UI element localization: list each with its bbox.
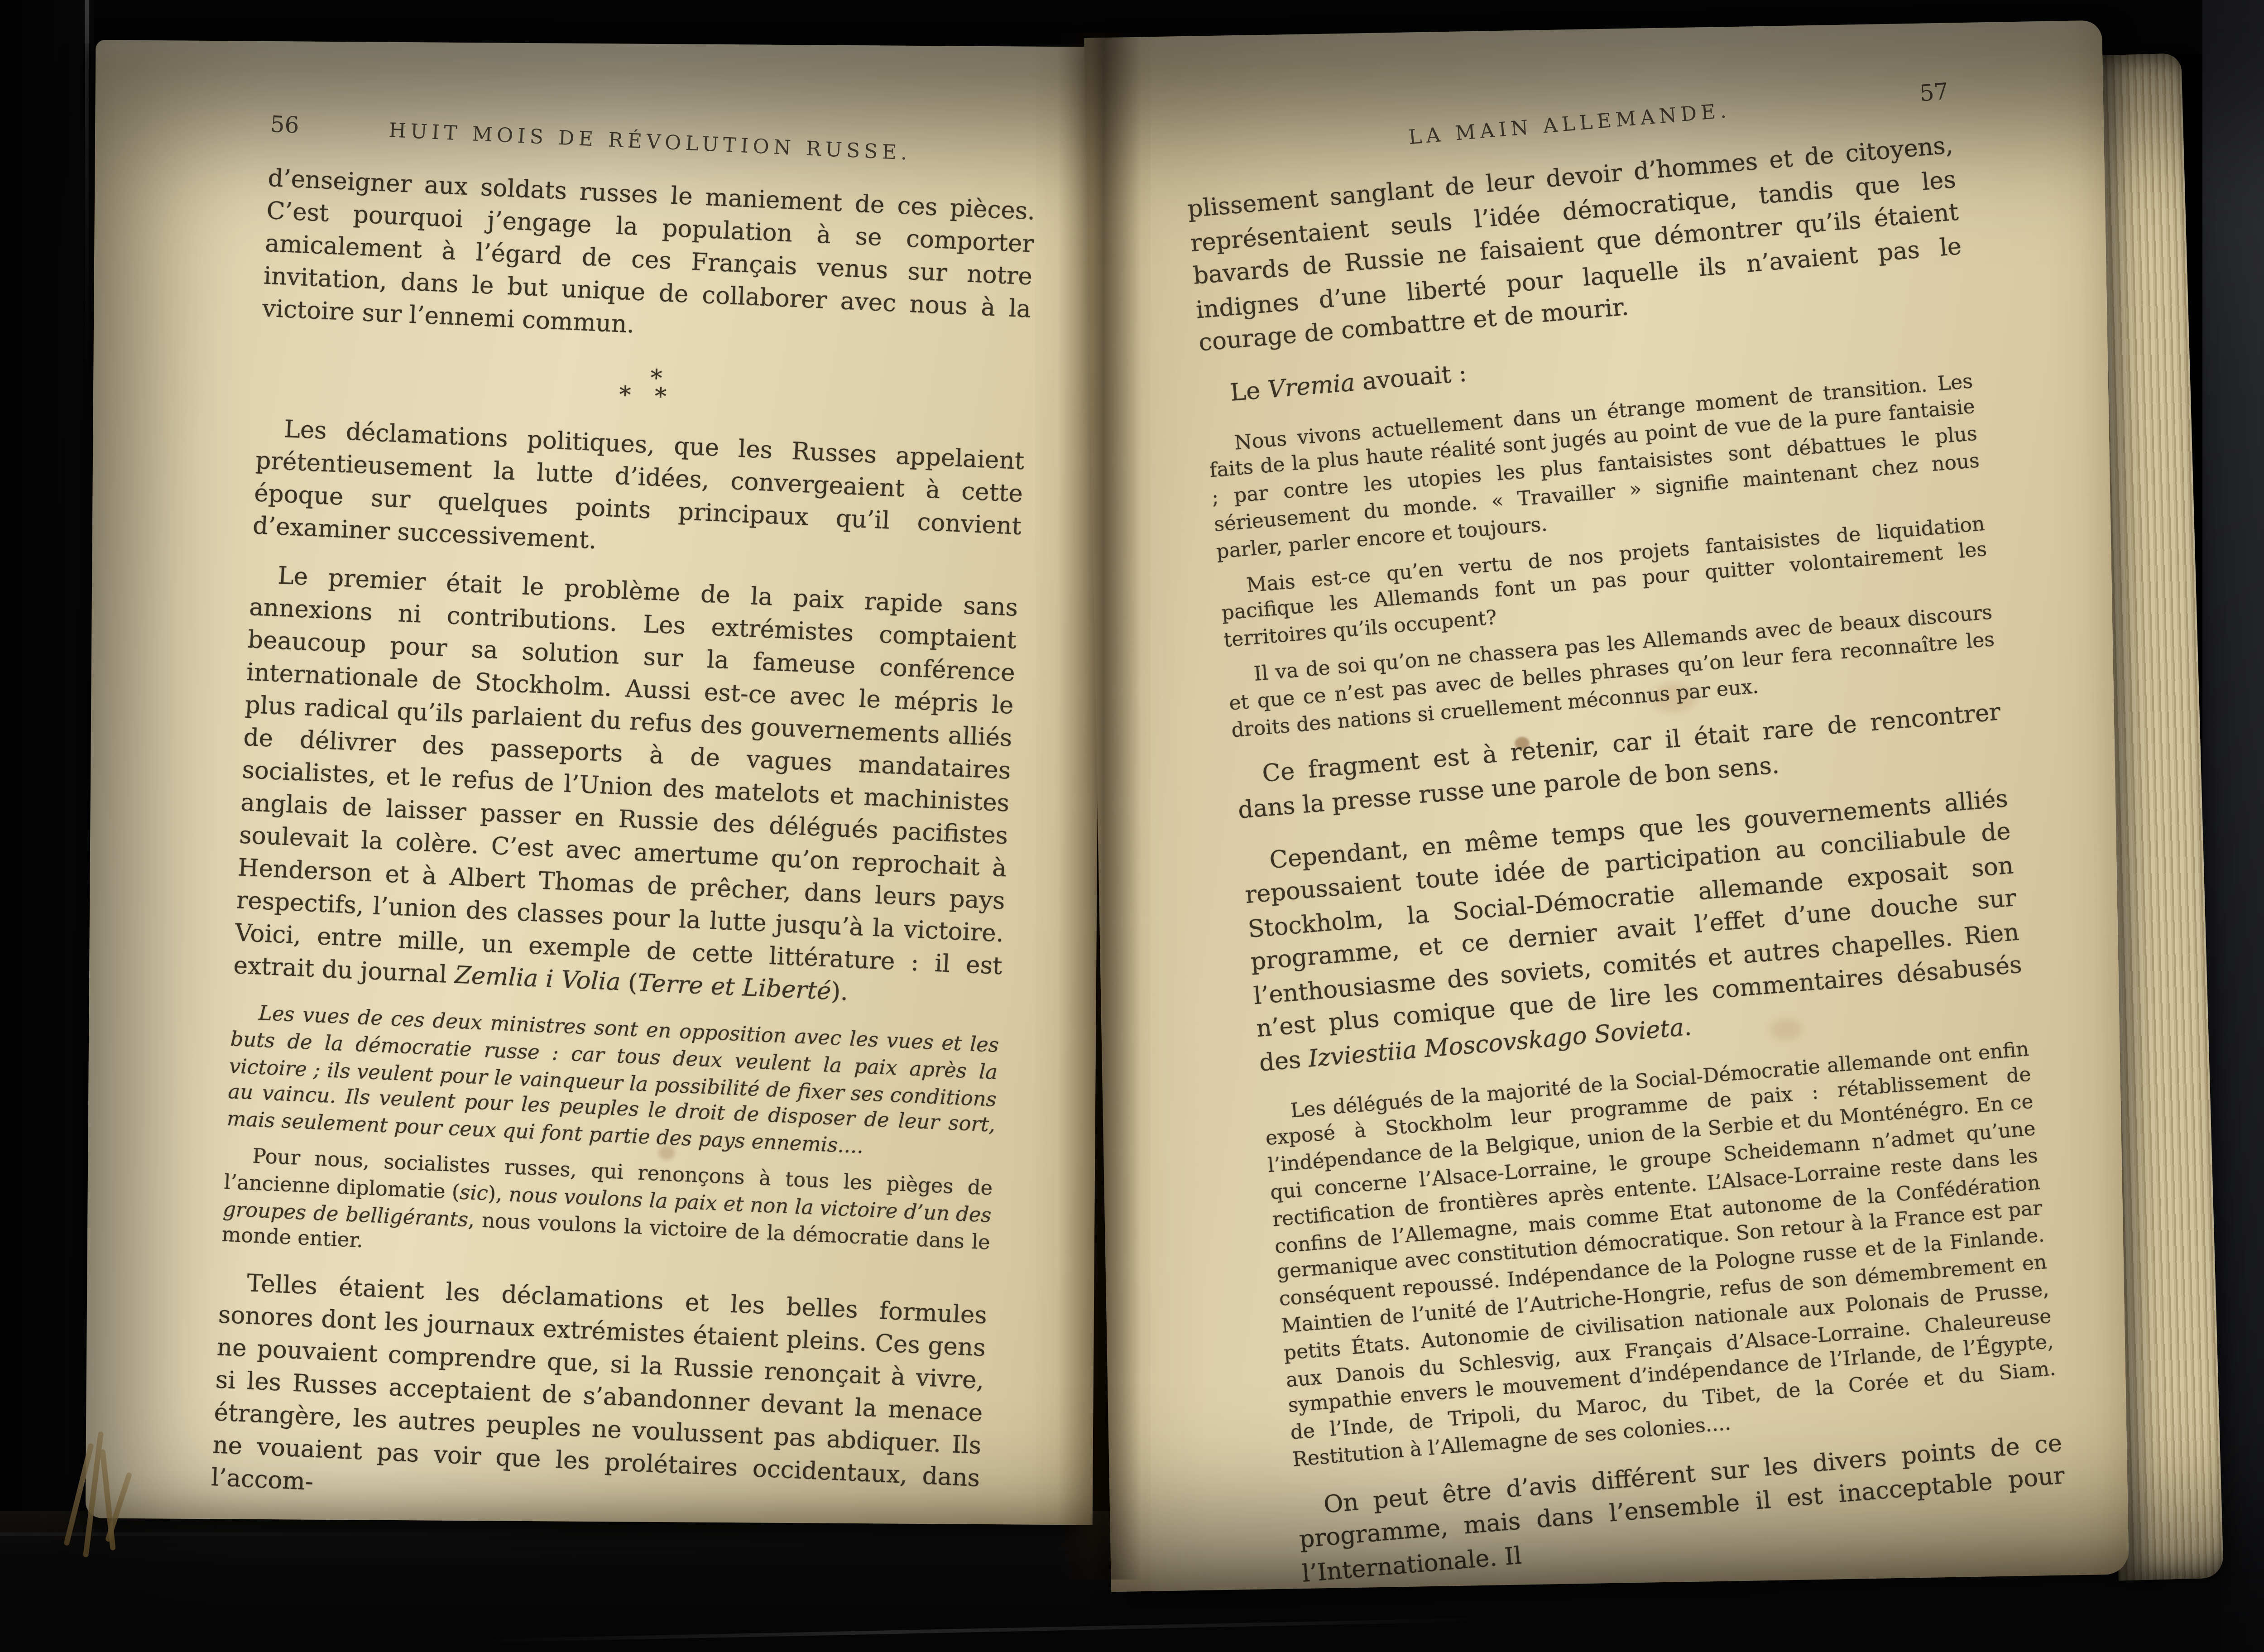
page-header: 56 HUIT MOIS DE RÉVOLUTION RUSSE. [270, 110, 1038, 171]
paragraph: Cependant, en même temps que les gouvern… [1241, 784, 2026, 1083]
text-run: Telles étaient les déclamations et les b… [211, 1272, 988, 1498]
paragraph: Pour nous, socialistes russes, qui renon… [221, 1143, 993, 1284]
text-run: plissement sanglant de leur devoir d’hom… [1187, 133, 1963, 359]
right-page: LA MAIN ALLEMANDE. 57 plissement sanglan… [1084, 20, 2129, 1592]
text-run: Le [1229, 378, 1269, 408]
running-title: HUIT MOIS DE RÉVOLUTION RUSSE. [298, 115, 1002, 169]
text-run: ( [620, 970, 638, 999]
text-run: d’enseigner aux soldats russes le maniem… [262, 166, 1036, 340]
ledge-highlight [475, 1618, 1489, 1643]
italic-run: sic [459, 1181, 489, 1205]
ledge-highlight-left [0, 1532, 543, 1536]
text-run: ). [830, 980, 849, 1008]
background-left [0, 0, 94, 1652]
paragraph: Les délégués de la majorité de la Social… [1262, 1037, 2059, 1475]
photo-scene: 56 HUIT MOIS DE RÉVOLUTION RUSSE. d’ense… [0, 0, 2264, 1652]
text-run: . [1683, 1015, 1693, 1042]
text-run: Les déclamations politiques, que les Rus… [252, 417, 1025, 556]
paragraph: Le premier était le problème de la paix … [233, 561, 1018, 1018]
italic-run: Terre et Liberté [637, 971, 832, 1007]
left-page: 56 HUIT MOIS DE RÉVOLUTION RUSSE. d’ense… [86, 40, 1103, 1525]
paragraph: Les vues de ces deux ministres sont en o… [226, 1000, 999, 1168]
text-run: avouait : [1354, 361, 1468, 398]
header-spacer [1184, 160, 1220, 163]
edge-highlight-wire [85, 0, 89, 380]
paragraph: Les déclamations politiques, que les Rus… [252, 414, 1025, 578]
text-run: Le premier était le problème de la paix … [233, 564, 1018, 990]
header-spacer [1001, 163, 1037, 165]
italic-run: Les vues de ces deux ministres sont en o… [226, 1002, 999, 1159]
paragraph: Telles étaient les déclamations et les b… [211, 1268, 988, 1530]
left-page-content: 56 HUIT MOIS DE RÉVOLUTION RUSSE. d’ense… [210, 110, 1038, 1546]
text-blocks: d’enseigner aux soldats russes le maniem… [211, 164, 1036, 1530]
text-run: Les délégués de la majorité de la Social… [1265, 1037, 2057, 1471]
right-page-content: LA MAIN ALLEMANDE. 57 plissement sanglan… [1182, 77, 2071, 1612]
paragraph: d’enseigner aux soldats russes le maniem… [261, 164, 1036, 361]
text-run: ), [488, 1181, 509, 1206]
italic-run: Vremia [1267, 370, 1356, 405]
page-number: 56 [270, 110, 300, 139]
italic-run: Zemlia i Volia [454, 963, 621, 998]
page-number: 57 [1919, 77, 1949, 106]
text-blocks: plissement sanglant de leur devoir d’hom… [1186, 131, 2069, 1594]
asterism-separator: ** * [259, 354, 1027, 424]
